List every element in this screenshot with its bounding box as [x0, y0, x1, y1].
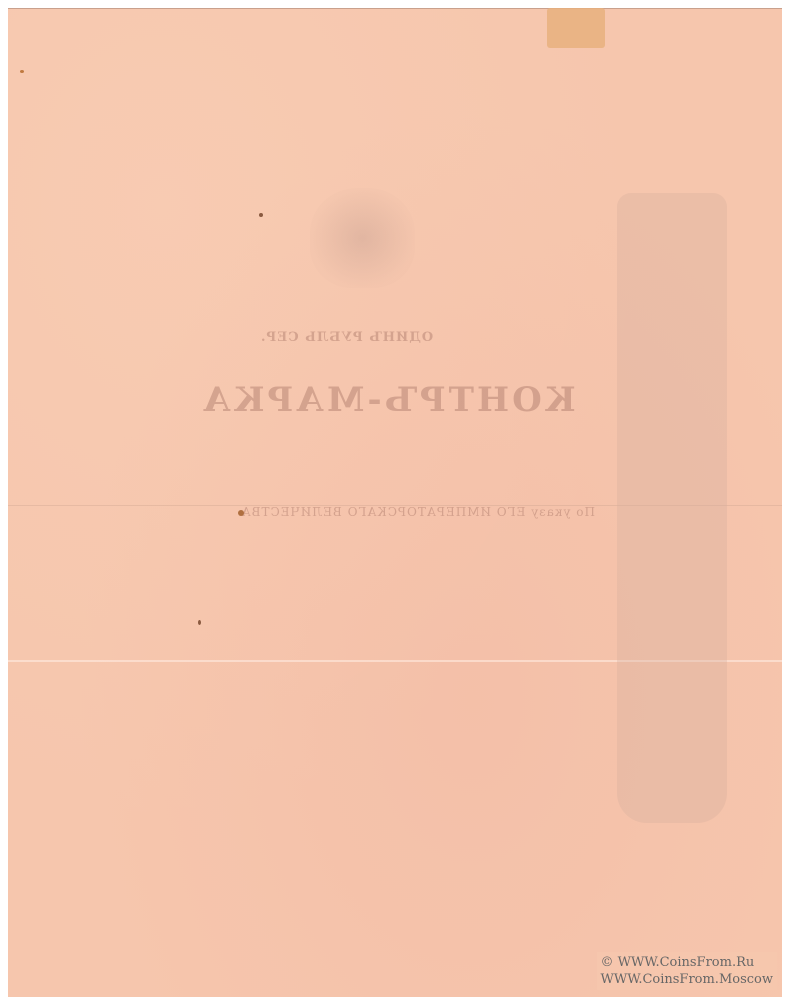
show-through-body: По указу ЕГО ИМПЕРАТОРСКАГО ВЕЛИЧЕСТВА: [55, 495, 595, 530]
watermark-line-1: © WWW.CoinsFrom.Ru: [601, 954, 774, 971]
counterfoil-stub: [617, 193, 727, 823]
tape-residue: [547, 8, 605, 48]
copyright-watermark: © WWW.CoinsFrom.Ru WWW.CoinsFrom.Moscow: [597, 952, 778, 990]
stain: [238, 510, 244, 516]
show-through-title: КОНТРЪ-МАРКА: [200, 380, 576, 420]
stain: [259, 213, 263, 217]
show-through-subtitle: ОДИНЪ РУБЛЬ СЕР.: [260, 330, 433, 345]
stain: [20, 70, 24, 73]
double-headed-eagle-icon: [310, 188, 415, 288]
watermark-line-2: WWW.CoinsFrom.Moscow: [601, 971, 774, 988]
stain: [198, 620, 201, 625]
body-line: По указу ЕГО ИМПЕРАТОРСКАГО ВЕЛИЧЕСТВА: [55, 495, 595, 530]
